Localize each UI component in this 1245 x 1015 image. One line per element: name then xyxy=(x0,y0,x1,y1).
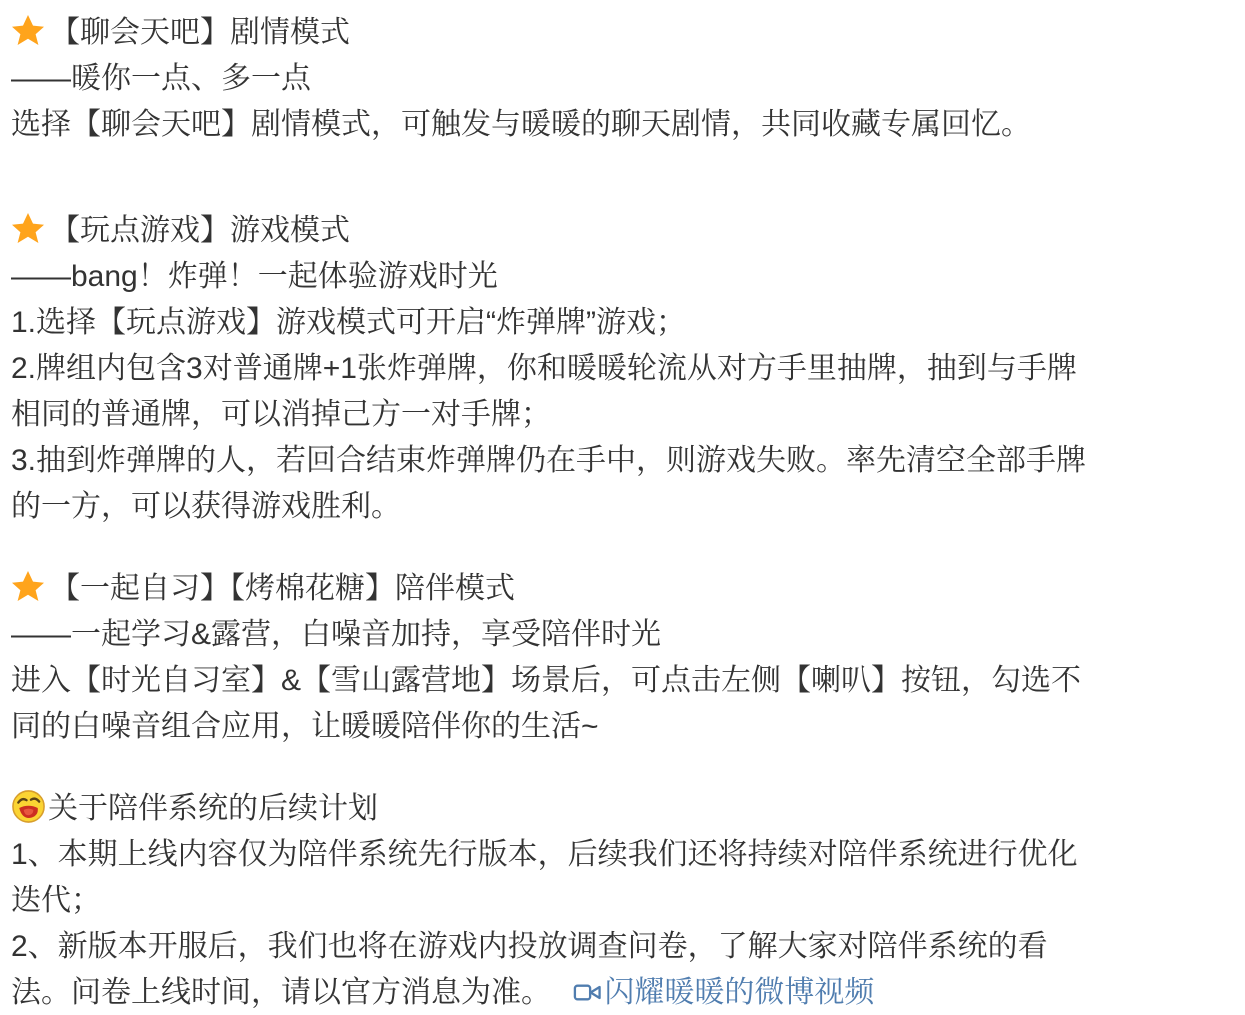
section-game-mode: 【玩点游戏】游戏模式 ——bang！炸弹！一起体验游戏时光 1.选择【玩点游戏】… xyxy=(11,208,1245,530)
section-chat-mode: 【聊会天吧】剧情模式 ——暖你一点、多一点 选择【聊会天吧】剧情模式，可触发与暖… xyxy=(11,10,1245,148)
text-line: 1.选择【玩点游戏】游戏模式可开启“炸弹牌”游戏； xyxy=(11,300,1245,346)
text-line: 2.牌组内包含3对普通牌+1张炸弹牌，你和暖暖轮流从对方手里抽牌，抽到与手牌 xyxy=(11,346,1245,392)
text-line: 的一方，可以获得游戏胜利。 xyxy=(11,484,1245,530)
section-title-line: 【玩点游戏】游戏模式 xyxy=(11,208,1245,254)
weibo-video-link[interactable]: 闪耀暖暖的微博视频 xyxy=(565,976,874,1009)
section-title-line: 【一起自习】【烤棉花糖】陪伴模式 xyxy=(11,566,1245,612)
section-companion-mode: 【一起自习】【烤棉花糖】陪伴模式 ——一起学习&露营，白噪音加持，享受陪伴时光 … xyxy=(11,566,1245,750)
last-text-line: 法。问卷上线时间，请以官方消息为准。 闪耀暖暖的微博视频 xyxy=(11,970,1245,1015)
text-line: 迭代； xyxy=(11,878,1245,924)
star-icon xyxy=(11,570,45,602)
section-title: 关于陪伴系统的后续计划 xyxy=(48,792,378,825)
section-future-plans: 关于陪伴系统的后续计划 1、本期上线内容仅为陪伴系统先行版本，后续我们还将持续对… xyxy=(11,786,1245,1015)
star-icon xyxy=(11,212,45,244)
section-title: 【一起自习】【烤棉花糖】陪伴模式 xyxy=(50,572,515,605)
section-title: 【玩点游戏】游戏模式 xyxy=(50,214,350,247)
video-link-label: 闪耀暖暖的微博视频 xyxy=(604,976,874,1009)
section-title-line: 关于陪伴系统的后续计划 xyxy=(11,786,1245,832)
text-line: ——暖你一点、多一点 xyxy=(11,56,1245,102)
text-line: ——一起学习&露营，白噪音加持，享受陪伴时光 xyxy=(11,612,1245,658)
text-line: 3.抽到炸弹牌的人，若回合结束炸弹牌仍在手中，则游戏失败。率先清空全部手牌 xyxy=(11,438,1245,484)
yummy-emoji xyxy=(11,789,46,824)
text-line: 进入【时光自习室】&【雪山露营地】场景后，可点击左侧【喇叭】按钮，勾选不 xyxy=(11,658,1245,704)
text-segment: 法。问卷上线时间，请以官方消息为准。 xyxy=(11,976,551,1009)
text-line: ——bang！炸弹！一起体验游戏时光 xyxy=(11,254,1245,300)
section-title: 【聊会天吧】剧情模式 xyxy=(50,16,350,49)
text-line: 2、新版本开服后，我们也将在游戏内投放调查问卷，了解大家对陪伴系统的看 xyxy=(11,924,1245,970)
video-camera-icon xyxy=(573,982,602,1003)
text-line: 选择【聊会天吧】剧情模式，可触发与暖暖的聊天剧情，共同收藏专属回忆。 xyxy=(11,102,1245,148)
weibo-post-text: 【聊会天吧】剧情模式 ——暖你一点、多一点 选择【聊会天吧】剧情模式，可触发与暖… xyxy=(0,0,1245,1015)
text-line: 1、本期上线内容仅为陪伴系统先行版本，后续我们还将持续对陪伴系统进行优化 xyxy=(11,832,1245,878)
section-title-line: 【聊会天吧】剧情模式 xyxy=(11,10,1245,56)
text-line: 相同的普通牌，可以消掉己方一对手牌； xyxy=(11,392,1245,438)
star-icon xyxy=(11,14,45,46)
text-line: 同的白噪音组合应用，让暖暖陪伴你的生活~ xyxy=(11,704,1245,750)
